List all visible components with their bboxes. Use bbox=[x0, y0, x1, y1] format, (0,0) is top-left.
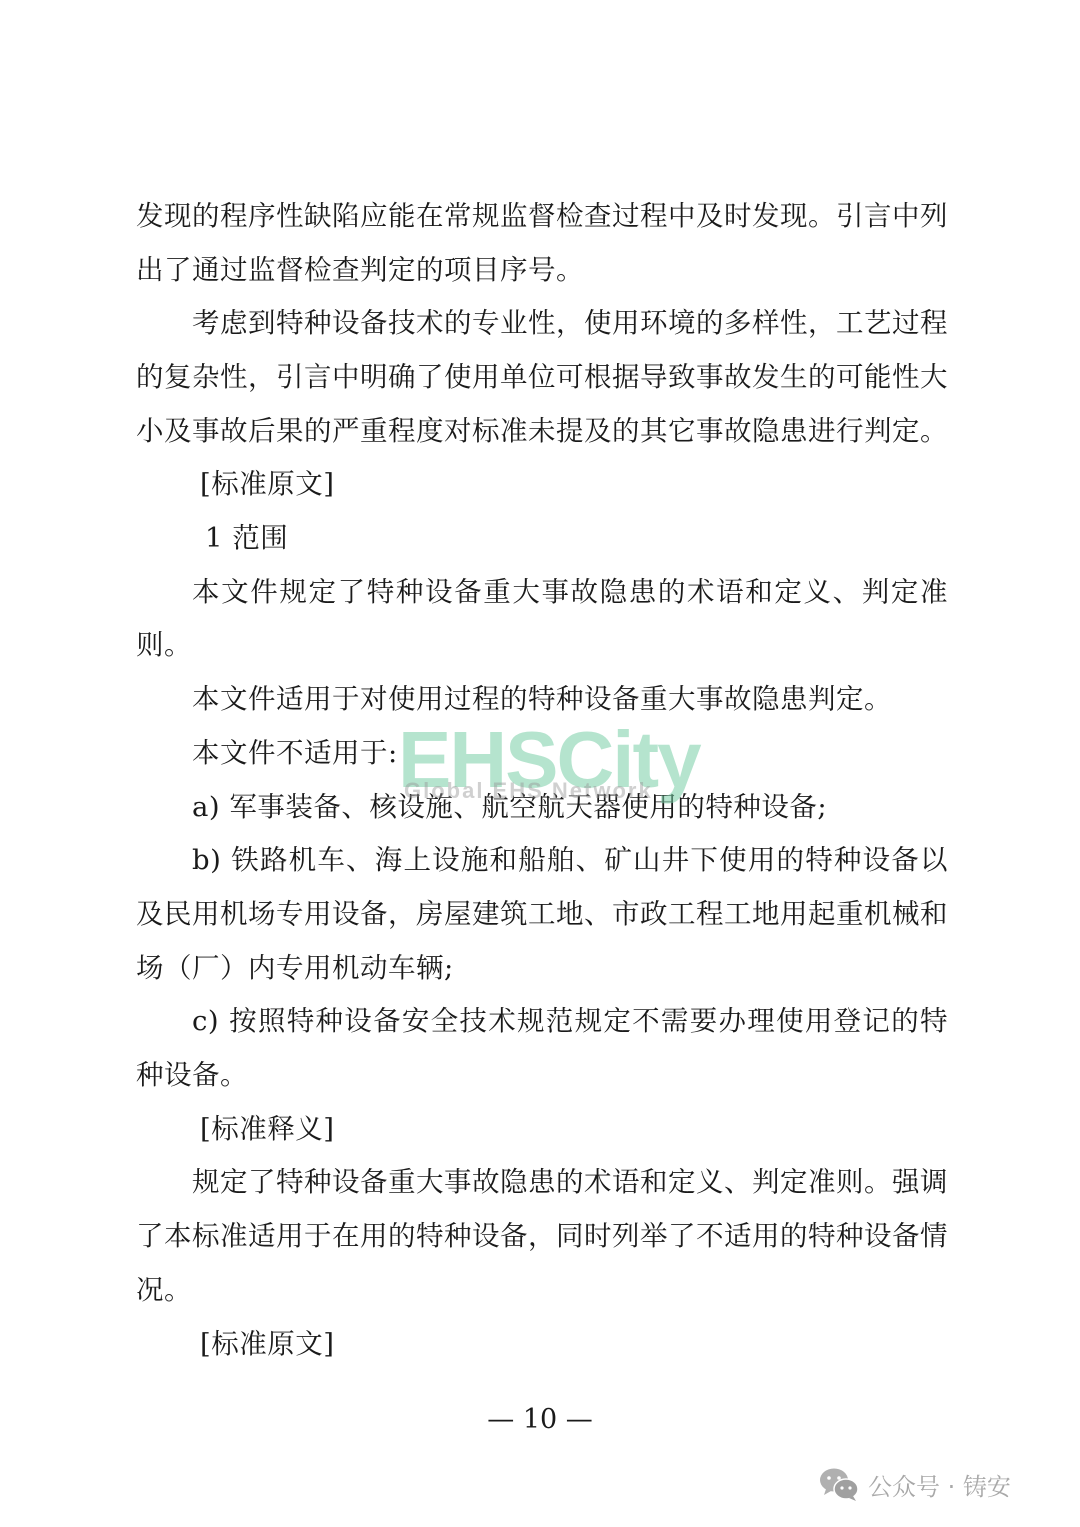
text-line: 则。 bbox=[136, 628, 948, 662]
document-page: 发现的程序性缺陷应能在常规监督检查过程中及时发现。引言中列出了通过监督检查判定的… bbox=[0, 0, 1080, 1527]
text-line: 了本标准适用于在用的特种设备，同时列举了不适用的特种设备情 bbox=[136, 1219, 948, 1253]
page-number: — 10 — bbox=[0, 1404, 1080, 1435]
text-line: 种设备。 bbox=[136, 1058, 948, 1092]
text-line: 本文件不适用于: bbox=[192, 736, 948, 770]
text-line: 规定了特种设备重大事故隐患的术语和定义、判定准则。强调 bbox=[192, 1165, 948, 1199]
text-line: 小及事故后果的严重程度对标准未提及的其它事故隐患进行判定。 bbox=[136, 414, 948, 448]
text-line: 本文件规定了特种设备重大事故隐患的术语和定义、判定准 bbox=[192, 575, 948, 609]
text-line: 1 范围 bbox=[205, 521, 1017, 555]
text-line: a) 军事装备、核设施、航空航天器使用的特种设备; bbox=[192, 790, 948, 824]
text-line: 及民用机场专用设备，房屋建筑工地、市政工程工地用起重机械和 bbox=[136, 897, 948, 931]
wechat-icon bbox=[818, 1466, 860, 1502]
section-heading: [标准原文] bbox=[200, 467, 1012, 501]
text-line: 发现的程序性缺陷应能在常规监督检查过程中及时发现。引言中列 bbox=[136, 199, 948, 233]
text-line: 的复杂性，引言中明确了使用单位可根据导致事故发生的可能性大 bbox=[136, 360, 948, 394]
text-line: 本文件适用于对使用过程的特种设备重大事故隐患判定。 bbox=[192, 682, 948, 716]
text-line: 考虑到特种设备技术的专业性，使用环境的多样性，工艺过程 bbox=[192, 306, 948, 340]
wechat-account-badge[interactable]: 公众号 · 铸安 bbox=[818, 1464, 1011, 1504]
section-heading: [标准释义] bbox=[200, 1112, 1012, 1146]
wechat-account-label: 公众号 · 铸安 bbox=[868, 1467, 1011, 1502]
section-heading: [标准原文] bbox=[200, 1327, 1012, 1361]
text-line: b) 铁路机车、海上设施和船舶、矿山井下使用的特种设备以 bbox=[192, 843, 948, 877]
text-line: c) 按照特种设备安全技术规范规定不需要办理使用登记的特 bbox=[192, 1004, 948, 1038]
text-line: 场（厂）内专用机动车辆; bbox=[136, 951, 948, 985]
text-line: 出了通过监督检查判定的项目序号。 bbox=[136, 253, 948, 287]
text-line: 况。 bbox=[136, 1273, 948, 1307]
